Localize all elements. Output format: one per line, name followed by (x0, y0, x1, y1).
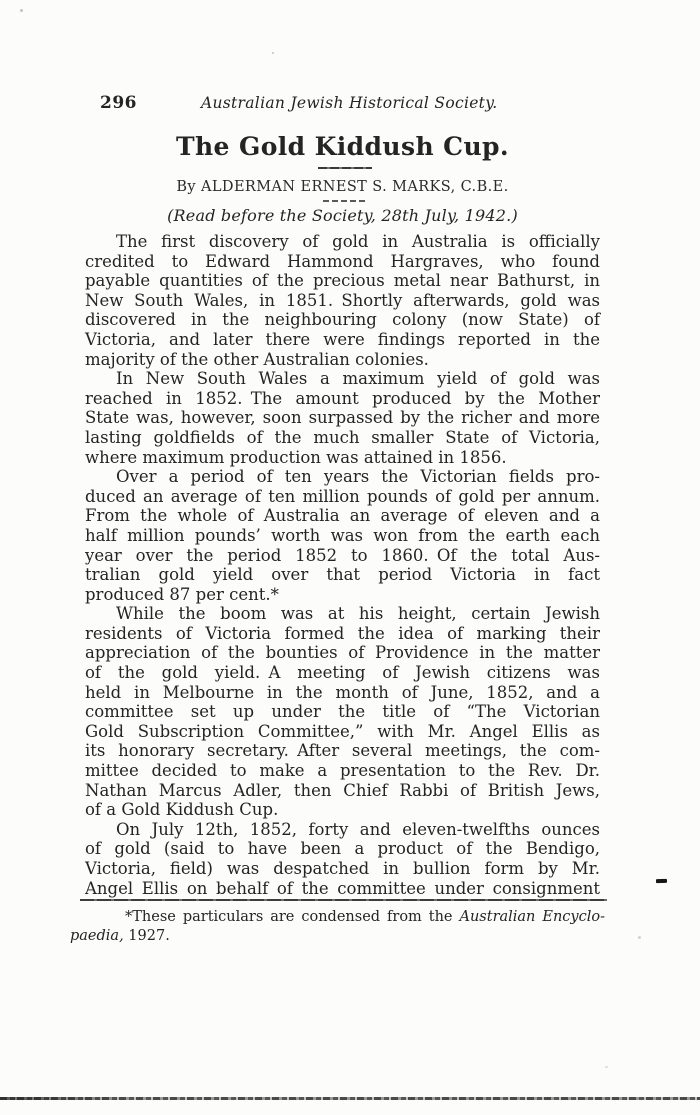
body-line: produced 87 per cent.* (85, 585, 600, 605)
scan-speck (272, 52, 274, 54)
body-line: While the boom was at his height, certai… (85, 604, 600, 624)
footnote-text: *These particulars are condensed from th… (125, 909, 459, 925)
running-header: Australian Jewish Historical Society. (201, 94, 497, 112)
body-line: half million pounds’ worth was won from … (85, 526, 600, 546)
byline-divider (323, 200, 367, 202)
scan-speck (20, 9, 23, 12)
scan-speck (605, 1066, 608, 1068)
body-line: residents of Victoria formed the idea of… (85, 624, 600, 644)
body-line: Victoria, field) was despatched in bulli… (85, 859, 600, 879)
body-line: Nathan Marcus Adler, then Chief Rabbi of… (85, 781, 600, 801)
body-line: of gold (said to have been a product of … (85, 839, 600, 859)
body-line: Angel Ellis on behalf of the committee u… (85, 879, 600, 899)
margin-mark (656, 879, 667, 883)
body-line: its honorary secretary. After several me… (85, 741, 600, 761)
body-line: lasting goldfields of the much smaller S… (85, 428, 600, 448)
article-title: The Gold Kiddush Cup. (85, 132, 600, 161)
footnote-text: 1927. (124, 928, 170, 944)
footnote-italic-text: paedia, (70, 928, 124, 944)
body-line: Over a period of ten years the Victorian… (85, 467, 600, 487)
body-line: year over the period 1852 to 1860. Of th… (85, 546, 600, 566)
body-line: credited to Edward Hammond Hargraves, wh… (85, 252, 600, 272)
body-line: reached in 1852. The amount produced by … (85, 389, 600, 409)
body-line: committee set up under the title of “The… (85, 702, 600, 722)
body-line: In New South Wales a maximum yield of go… (85, 369, 600, 389)
title-divider (318, 167, 372, 169)
footnote: *These particulars are condensed from th… (70, 908, 605, 946)
body-line: The first discovery of gold in Australia… (85, 232, 600, 252)
article-body: The first discovery of gold in Australia… (85, 232, 600, 898)
body-line: Victoria, and later there were findings … (85, 330, 600, 350)
read-before-note: (Read before the Society, 28th July, 194… (85, 206, 600, 225)
footnote-italic-text: Australian Encyclo- (459, 909, 605, 925)
body-line: discovered in the neighbouring colony (n… (85, 310, 600, 330)
body-line: From the whole of Australia an average o… (85, 506, 600, 526)
page-number: 296 (100, 93, 137, 113)
body-line: Gold Subscription Committee,” with Mr. A… (85, 722, 600, 742)
article-byline: By ALDERMAN ERNEST S. MARKS, C.B.E. (85, 179, 600, 195)
body-line: New South Wales, in 1851. Shortly afterw… (85, 291, 600, 311)
body-line: where maximum production was attained in… (85, 448, 600, 468)
body-line: majority of the other Australian colonie… (85, 350, 600, 370)
body-line: held in Melbourne in the month of June, … (85, 683, 600, 703)
footnote-line: *These particulars are condensed from th… (70, 908, 605, 927)
body-line: mittee decided to make a presentation to… (85, 761, 600, 781)
body-line: payable quantities of the precious metal… (85, 271, 600, 291)
body-line: On July 12th, 1852, forty and eleven-twe… (85, 820, 600, 840)
body-line: State was, however, soon surpassed by th… (85, 408, 600, 428)
body-line: appreciation of the bounties of Providen… (85, 643, 600, 663)
footnote-divider (80, 899, 607, 901)
body-line: of the gold yield. A meeting of Jewish c… (85, 663, 600, 683)
body-line: duced an average of ten million pounds o… (85, 487, 600, 507)
scanned-page: 296 Australian Jewish Historical Society… (0, 0, 700, 1115)
page-bottom-edge (0, 1097, 700, 1100)
body-line: tralian gold yield over that period Vict… (85, 565, 600, 585)
body-line: of a Gold Kiddush Cup. (85, 800, 600, 820)
scan-speck (638, 936, 641, 939)
footnote-line: paedia, 1927. (70, 927, 605, 946)
